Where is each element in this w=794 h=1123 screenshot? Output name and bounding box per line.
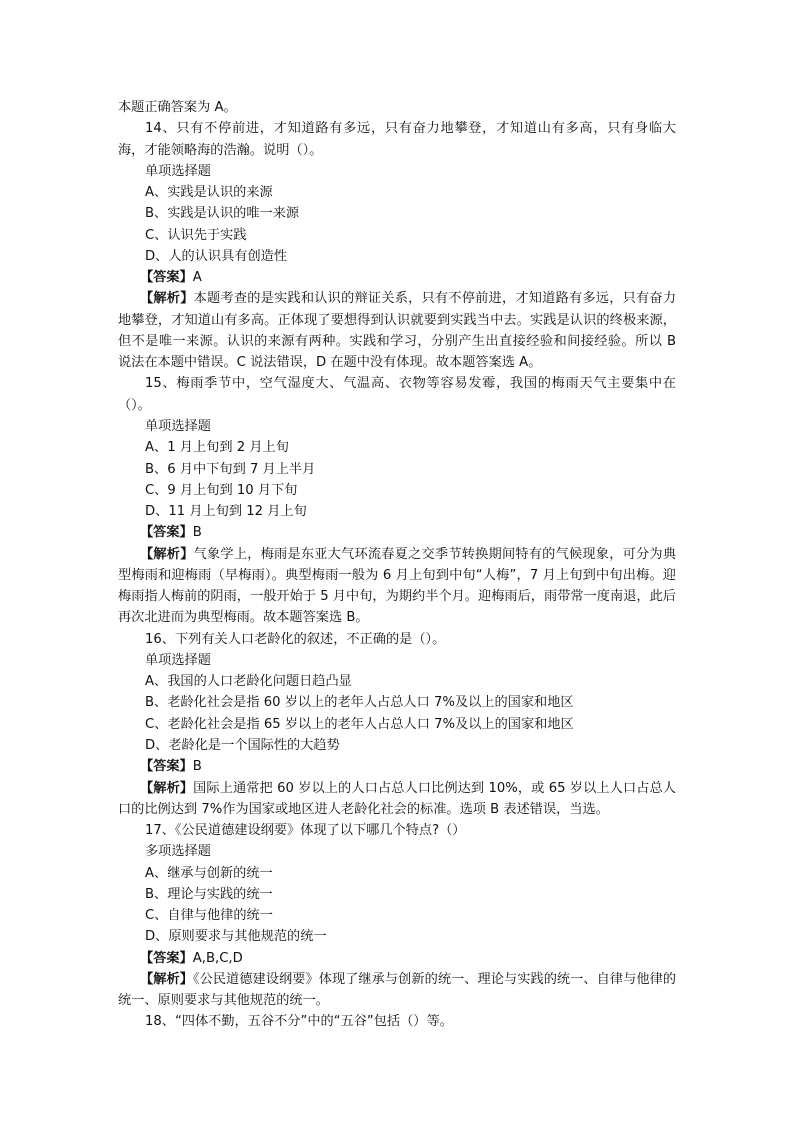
question-16: 16、下列有关人口老龄化的叙述，不正确的是（）。 单项选择题 A、我国的人口老龄… — [118, 629, 676, 820]
analysis-text: 气象学上，梅雨是东亚大气环流春夏之交季节转换期间特有的气候现象，可分为典型梅雨和… — [118, 547, 676, 626]
option-a: A、实践是认识的来源 — [118, 182, 676, 203]
question-type: 单项选择题 — [118, 161, 676, 182]
answer-line: 【答案】B — [118, 522, 676, 543]
option-b: B、老龄化社会是指 60 岁以上的老年人占总人口 7%及以上的国家和地区 — [118, 692, 676, 713]
question-type: 单项选择题 — [118, 416, 676, 437]
answer-label: 【答案】 — [140, 525, 193, 540]
answer-value: B — [193, 525, 202, 540]
question-type: 多项选择题 — [118, 841, 676, 862]
question-stem: 14、只有不停前进，才知道路有多远，只有奋力地攀登，才知道山有多高，只有身临大海… — [118, 118, 676, 161]
question-stem: 15、梅雨季节中，空气湿度大、气温高、衣物等容易发霉，我国的梅雨天气主要集中在（… — [118, 373, 676, 416]
option-b: B、理论与实践的统一 — [118, 884, 676, 905]
option-c: C、认识先于实践 — [118, 225, 676, 246]
analysis-label: 【解析】 — [140, 291, 194, 306]
answer-value: B — [193, 759, 202, 774]
option-b: B、实践是认识的唯一来源 — [118, 203, 676, 224]
answer-line: 【答案】B — [118, 756, 676, 777]
option-c: C、9 月上旬到 10 月下旬 — [118, 480, 676, 501]
option-c: C、自律与他律的统一 — [118, 905, 676, 926]
analysis-text: 《公民道德建设纲要》体现了继承与创新的统一、理论与实践的统一、自律与他律的统一、… — [118, 972, 676, 1008]
question-type: 单项选择题 — [118, 650, 676, 671]
answer-label: 【答案】 — [140, 759, 193, 774]
answer-label: 【答案】 — [140, 270, 193, 285]
question-15: 15、梅雨季节中，空气湿度大、气温高、衣物等容易发霉，我国的梅雨天气主要集中在（… — [118, 373, 676, 628]
answer-value: A,B,C,D — [193, 951, 243, 966]
option-a: A、我国的人口老龄化问题日趋凸显 — [118, 671, 676, 692]
analysis-paragraph: 【解析】《公民道德建设纲要》体现了继承与创新的统一、理论与实践的统一、自律与他律… — [118, 969, 676, 1012]
analysis-label: 【解析】 — [140, 781, 193, 796]
answer-value: A — [193, 270, 202, 285]
option-d: D、老龄化是一个国际性的大趋势 — [118, 735, 676, 756]
analysis-label: 【解析】 — [140, 972, 193, 987]
answer-line: 【答案】A — [118, 267, 676, 288]
analysis-text: 国际上通常把 60 岁以上的人口占总人口比例达到 10%，或 65 岁以上人口占… — [118, 781, 676, 817]
analysis-text: 本题考查的是实践和认识的辩证关系，只有不停前进，才知道路有多远，只有奋力地攀登，… — [118, 291, 676, 370]
analysis-paragraph: 【解析】本题考查的是实践和认识的辩证关系，只有不停前进，才知道路有多远，只有奋力… — [118, 288, 676, 373]
question-stem: 16、下列有关人口老龄化的叙述，不正确的是（）。 — [118, 629, 676, 650]
question-stem: 17、《公民道德建设纲要》体现了以下哪几个特点?（） — [118, 820, 676, 841]
question-stem: 18、“四体不勤，五谷不分”中的“五谷”包括（）等。 — [118, 1011, 676, 1032]
option-a: A、继承与创新的统一 — [118, 863, 676, 884]
lead-text: 本题正确答案为 A。 — [118, 97, 676, 118]
option-d: D、人的认识具有创造性 — [118, 246, 676, 267]
analysis-paragraph: 【解析】气象学上，梅雨是东亚大气环流春夏之交季节转换期间特有的气候现象，可分为典… — [118, 544, 676, 629]
analysis-paragraph: 【解析】国际上通常把 60 岁以上的人口占总人口比例达到 10%，或 65 岁以… — [118, 778, 676, 821]
option-c: C、老龄化社会是指 65 岁以上的老年人占总人口 7%及以上的国家和地区 — [118, 714, 676, 735]
option-a: A、1 月上旬到 2 月上旬 — [118, 437, 676, 458]
answer-label: 【答案】 — [140, 951, 193, 966]
option-b: B、6 月中下旬到 7 月上半月 — [118, 459, 676, 480]
analysis-label: 【解析】 — [140, 547, 194, 562]
question-17: 17、《公民道德建设纲要》体现了以下哪几个特点?（） 多项选择题 A、继承与创新… — [118, 820, 676, 1011]
question-18: 18、“四体不勤，五谷不分”中的“五谷”包括（）等。 — [118, 1011, 676, 1032]
question-14: 14、只有不停前进，才知道路有多远，只有奋力地攀登，才知道山有多高，只有身临大海… — [118, 118, 676, 373]
option-d: D、11 月上旬到 12 月上旬 — [118, 501, 676, 522]
answer-line: 【答案】A,B,C,D — [118, 948, 676, 969]
document-page: 本题正确答案为 A。 14、只有不停前进，才知道路有多远，只有奋力地攀登，才知道… — [118, 97, 676, 1033]
option-d: D、原则要求与其他规范的统一 — [118, 926, 676, 947]
